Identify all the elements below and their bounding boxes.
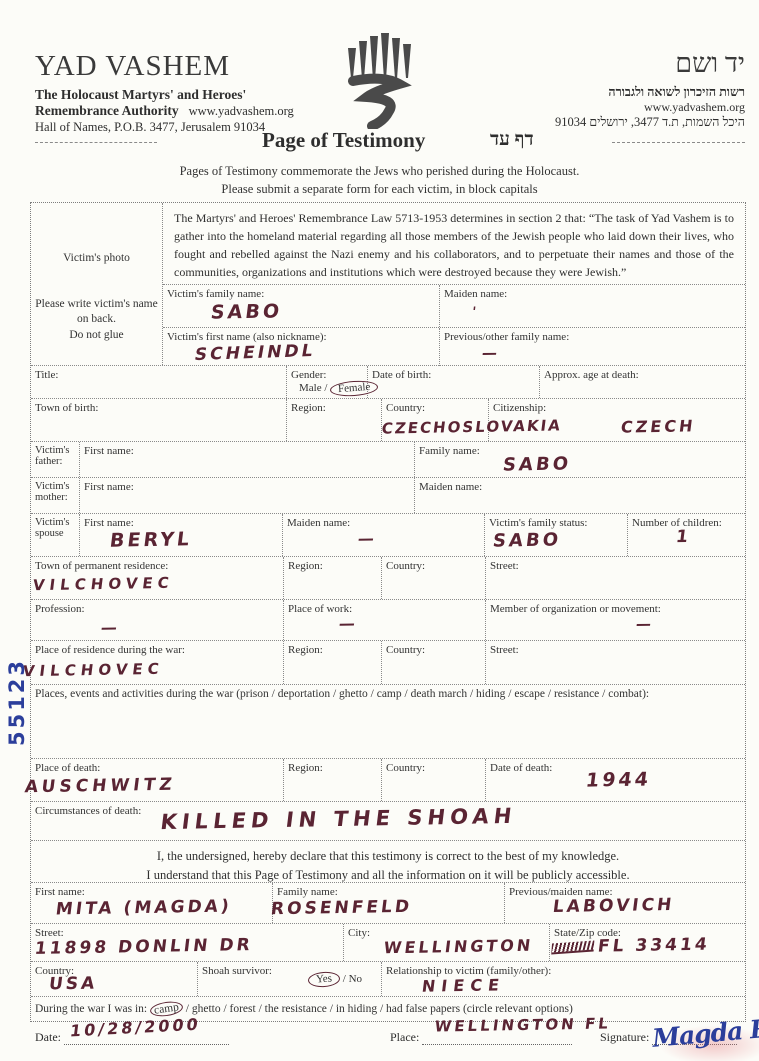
field-perm-region: Region: bbox=[284, 557, 382, 599]
field-mother-first-name: First name: bbox=[80, 478, 415, 513]
field-war-street: Street: bbox=[486, 641, 745, 684]
field-submitter-state-zip: State/Zip code: FL 33414 bbox=[550, 924, 745, 961]
field-birth-region: Region: bbox=[287, 399, 382, 441]
row-profession: Profession: — Place of work: — Member of… bbox=[31, 600, 745, 641]
org-url-hebrew-block: www.yadvashem.org bbox=[485, 100, 745, 115]
row-photo-law: Victim's photo Please write victim's nam… bbox=[31, 203, 745, 366]
row-victims-spouse: Victim's spouse First name: BERYL Maiden… bbox=[31, 514, 745, 557]
field-perm-street: Street: bbox=[486, 557, 745, 599]
field-place-of-work: Place of work: — bbox=[284, 600, 486, 640]
intro-line-2: Please submit a separate form for each v… bbox=[0, 180, 759, 198]
field-submitter-country: Country: USA bbox=[31, 962, 198, 996]
field-father-first-name: First name: bbox=[80, 442, 415, 477]
field-war-country: Country: bbox=[382, 641, 486, 684]
handwriting-submitter-state-zip: FL 33414 bbox=[551, 935, 711, 958]
page-title-hebrew: דף עד bbox=[490, 129, 534, 151]
field-date-of-birth: Date of birth: bbox=[368, 366, 540, 398]
field-family-status: Victim's family status: SABO bbox=[485, 514, 628, 556]
row-circumstances-of-death: Circumstances of death: KILLED IN THE SH… bbox=[31, 802, 745, 841]
field-submitter-family-name: Family name: ROSENFELD bbox=[273, 883, 505, 923]
intro-text: Pages of Testimony commemorate the Jews … bbox=[0, 162, 759, 198]
remembrance-law-text: The Martyrs' and Heroes' Remembrance Law… bbox=[163, 203, 745, 285]
yad-vashem-menorah-logo bbox=[341, 31, 419, 129]
handwriting-previous-family-name: — bbox=[481, 344, 498, 362]
field-spouse-first-name: First name: BERYL bbox=[80, 514, 283, 556]
field-date-of-death: Date of death: 1944 bbox=[486, 759, 745, 801]
field-place-of-death: Place of death: AUSCHWITZ bbox=[31, 759, 284, 801]
field-spouse-maiden-name: Maiden name: — bbox=[283, 514, 485, 556]
field-perm-country: Country: bbox=[382, 557, 486, 599]
declaration-line-1: I, the undersigned, hereby declare that … bbox=[35, 847, 741, 866]
during-war-rest: / ghetto / forest / the resistance / in … bbox=[186, 1003, 573, 1015]
handwriting-place-residence-war: VILCHOVEC bbox=[22, 660, 165, 680]
handwriting-birth-country: CZECHOSLOVAKIA bbox=[381, 416, 563, 437]
handwriting-submitter-street: 11898 DONLIN DR bbox=[34, 935, 254, 959]
field-number-of-children: Number of children: 1 bbox=[628, 514, 745, 556]
field-member-organization: Member of organization or movement: — bbox=[486, 600, 745, 640]
handwriting-spouse-first-name: BERYL bbox=[109, 528, 194, 551]
field-victim-first-name: Victim's first name (also nickname): SCH… bbox=[163, 328, 440, 366]
survivor-option-yes-circled: Yes bbox=[308, 971, 341, 988]
field-place-residence-war: Place of residence during the war: VILCH… bbox=[31, 641, 284, 684]
field-birth-country: Country: CZECHOSLOVAKIA bbox=[382, 399, 489, 441]
handwriting-number-of-children: 1 bbox=[675, 527, 692, 547]
row-war-places-events: Places, events and activities during the… bbox=[31, 685, 745, 759]
org-name: YAD VASHEM bbox=[35, 50, 345, 83]
handwriting-place-of-work: — bbox=[338, 614, 356, 633]
field-war-places-events: Places, events and activities during the… bbox=[31, 685, 745, 758]
field-submitter-previous-maiden-name: Previous/maiden name: LABOVICH bbox=[505, 883, 745, 923]
field-death-region: Region: bbox=[284, 759, 382, 801]
org-subtitle-1: The Holocaust Martyrs' and Heroes' bbox=[35, 87, 345, 103]
row-town-of-birth: Town of birth: Region: Country: CZECHOSL… bbox=[31, 399, 745, 442]
field-victim-family-name: Victim's family name: SABO bbox=[163, 285, 440, 327]
org-header-hebrew: יד ושם רשות הזיכרון לשואה ולגבורה www.ya… bbox=[485, 48, 745, 130]
field-war-region: Region: bbox=[284, 641, 382, 684]
during-war-prefix: During the war I was in: bbox=[35, 1003, 147, 1015]
victim-photo-box: Victim's photo Please write victim's nam… bbox=[31, 203, 163, 365]
row-title-gender: Title: Gender: Male / Female Date of bir… bbox=[31, 366, 745, 399]
org-subtitle-2: Remembrance Authoritywww.yadvashem.org bbox=[35, 103, 345, 119]
field-death-country: Country: bbox=[382, 759, 486, 801]
row-submitter-address: Street: 11898 DONLIN DR City: WELLINGTON… bbox=[31, 924, 745, 962]
row-war-residence: Place of residence during the war: VILCH… bbox=[31, 641, 745, 685]
title-dash-right bbox=[612, 142, 745, 143]
handwriting-father-family-name: SABO bbox=[502, 453, 573, 475]
handwriting-submitter-first-name: MITA (MAGDA) bbox=[55, 896, 233, 919]
row-declaration: I, the undersigned, hereby declare that … bbox=[31, 841, 745, 883]
handwriting-place-of-death: AUSCHWITZ bbox=[24, 775, 177, 798]
org-name-hebrew: יד ושם bbox=[485, 48, 745, 79]
photo-box-line3: Do not glue bbox=[35, 328, 158, 344]
row-place-of-death: Place of death: AUSCHWITZ Region: Countr… bbox=[31, 759, 745, 802]
handwriting-citizenship: CZECH bbox=[620, 416, 697, 436]
field-father-family-name: Family name: SABO bbox=[415, 442, 745, 477]
row-victims-father: Victim's father: First name: Family name… bbox=[31, 442, 745, 478]
handwriting-member-organization: — bbox=[635, 615, 652, 633]
field-gender: Gender: Male / Female bbox=[287, 366, 368, 398]
photo-box-line1: Victim's photo bbox=[35, 251, 158, 267]
photo-box-line2: Please write victim's name on back. bbox=[35, 297, 158, 328]
handwriting-submitter-country: USA bbox=[48, 974, 99, 995]
page-title: Page of Testimony bbox=[262, 128, 425, 153]
org-header-english: YAD VASHEM The Holocaust Martyrs' and He… bbox=[35, 50, 345, 135]
scribble-cross-out bbox=[551, 940, 594, 954]
handwriting-submitter-city: WELLINGTON bbox=[383, 936, 535, 958]
field-town-of-birth: Town of birth: bbox=[31, 399, 287, 441]
handwriting-date-of-death: 1944 bbox=[585, 768, 653, 791]
handwriting-family-status: SABO bbox=[492, 529, 563, 551]
handwriting-victim-first-name: SCHEINDL bbox=[193, 341, 317, 365]
handwriting-maiden-name: ' bbox=[471, 305, 480, 320]
handwriting-spouse-maiden-name: — bbox=[357, 529, 375, 548]
org-url: www.yadvashem.org bbox=[189, 104, 294, 118]
label-victims-mother: Victim's mother: bbox=[31, 478, 80, 513]
row-submitter-names: First name: MITA (MAGDA) Family name: RO… bbox=[31, 883, 745, 924]
handwriting-place: WELLINGTON FL bbox=[434, 1014, 612, 1035]
field-mother-maiden-name: Maiden name: bbox=[415, 478, 745, 513]
field-town-permanent-residence: Town of permanent residence: VILCHOVEC bbox=[31, 557, 284, 599]
field-circumstances-of-death: Circumstances of death: KILLED IN THE SH… bbox=[31, 802, 745, 840]
field-approx-age-at-death: Approx. age at death: bbox=[540, 366, 745, 398]
handwriting-submitter-family-name: ROSENFELD bbox=[270, 897, 414, 919]
survivor-option-no: / No bbox=[343, 973, 362, 985]
org-subtitle-hebrew: רשות הזיכרון לשואה ולגבורה bbox=[485, 85, 745, 100]
law-and-names: The Martyrs' and Heroes' Remembrance Law… bbox=[163, 203, 745, 365]
field-shoah-survivor: Shoah survivor: Yes / No bbox=[198, 962, 382, 996]
handwriting-victim-family-name: SABO bbox=[210, 300, 284, 323]
form-title-row: Page of Testimony דף עד bbox=[0, 128, 759, 156]
date-label: Date: bbox=[35, 1030, 61, 1044]
gender-option-male: Male / bbox=[299, 382, 327, 394]
place-label: Place: bbox=[390, 1030, 419, 1044]
field-submitter-first-name: First name: MITA (MAGDA) bbox=[31, 883, 273, 923]
field-relationship-to-victim: Relationship to victim (family/other): N… bbox=[382, 962, 745, 996]
handwriting-circumstances-of-death: KILLED IN THE SHOAH bbox=[159, 804, 518, 834]
row-victims-mother: Victim's mother: First name: Maiden name… bbox=[31, 478, 745, 514]
handwriting-submitter-previous-maiden-name: LABOVICH bbox=[552, 895, 676, 917]
handwriting-relationship: NIECE bbox=[421, 975, 506, 995]
field-maiden-name: Maiden name: ' bbox=[440, 285, 745, 327]
intro-line-1: Pages of Testimony commemorate the Jews … bbox=[0, 162, 759, 180]
field-previous-family-name: Previous/other family name: — bbox=[440, 328, 745, 366]
field-submitter-street: Street: 11898 DONLIN DR bbox=[31, 924, 344, 961]
row-submitter-country-survivor: Country: USA Shoah survivor: Yes / No Re… bbox=[31, 962, 745, 997]
row-permanent-residence: Town of permanent residence: VILCHOVEC R… bbox=[31, 557, 745, 600]
declaration-text: I, the undersigned, hereby declare that … bbox=[31, 841, 745, 882]
page-of-testimony-scan: YAD VASHEM The Holocaust Martyrs' and He… bbox=[0, 0, 759, 1061]
handwriting-profession: — bbox=[100, 618, 118, 637]
title-dash-left bbox=[35, 142, 157, 143]
label-victims-father: Victim's father: bbox=[31, 442, 80, 477]
field-profession: Profession: — bbox=[31, 600, 284, 640]
label-victims-spouse: Victim's spouse bbox=[31, 514, 80, 556]
handwriting-town-permanent-residence: VILCHOVEC bbox=[32, 574, 175, 594]
field-title: Title: bbox=[31, 366, 287, 398]
field-submitter-city: City: WELLINGTON bbox=[344, 924, 550, 961]
testimony-form: Victim's photo Please write victim's nam… bbox=[30, 202, 746, 1022]
